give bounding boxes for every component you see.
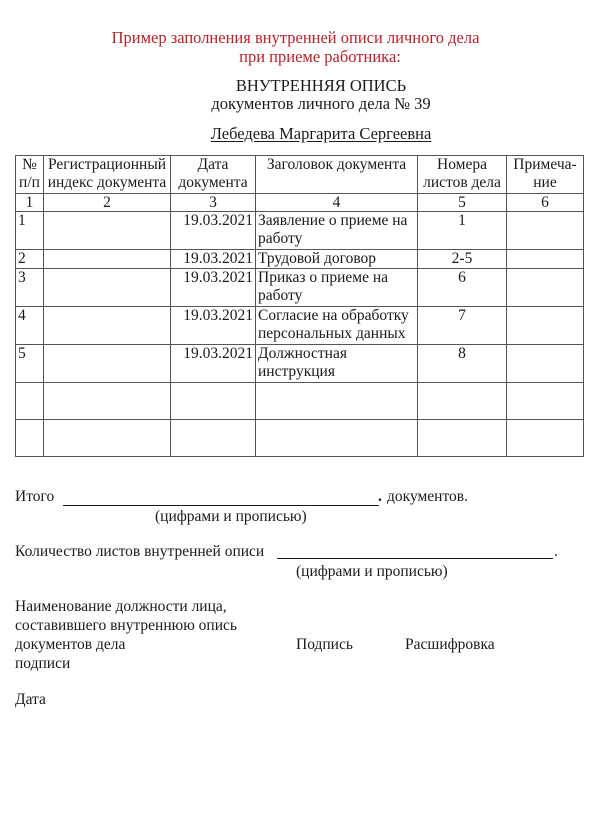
column-number: 4 xyxy=(256,194,418,212)
cell-index xyxy=(44,212,171,250)
cell-note xyxy=(507,307,584,345)
table-row: 3 19.03.2021 Приказ о приеме на работу 6 xyxy=(16,269,584,307)
decoding-label: Расшифровка xyxy=(405,636,495,654)
column-header-index: Регистрационныйиндекс документа xyxy=(44,156,171,194)
total-hint: (цифрами и прописью) xyxy=(155,508,307,526)
cell-date: 19.03.2021 xyxy=(171,307,256,345)
empty-cell xyxy=(256,420,418,457)
cell-index xyxy=(44,307,171,345)
sheets-count-hint: (цифрами и прописью) xyxy=(296,563,448,581)
cell-number: 3 xyxy=(16,269,44,307)
column-number: 6 xyxy=(507,194,584,212)
cell-index xyxy=(44,345,171,383)
cell-date: 19.03.2021 xyxy=(171,212,256,250)
cell-note xyxy=(507,269,584,307)
empty-cell xyxy=(418,383,507,420)
total-dot: . xyxy=(378,488,382,506)
table-row: 2 19.03.2021 Трудовой договор 2-5 xyxy=(16,250,584,269)
table-row: 1 19.03.2021 Заявление о приеме на работ… xyxy=(16,212,584,250)
cell-note xyxy=(507,212,584,250)
sheets-count-dot: . xyxy=(554,543,558,561)
cell-date: 19.03.2021 xyxy=(171,269,256,307)
cell-title: Трудовой договор xyxy=(256,250,418,269)
example-caption-line1: Пример заполнения внутренней описи лично… xyxy=(0,28,591,48)
inventory-table: №п/п Регистрационныйиндекс документа Дат… xyxy=(15,155,584,457)
cell-sheets: 6 xyxy=(418,269,507,307)
column-header-title: Заголовок документа xyxy=(256,156,418,194)
column-header-note: Примеча-ние xyxy=(507,156,584,194)
total-suffix: документов. xyxy=(387,488,468,506)
employee-name-text: Лебедева Маргарита Сергеевна xyxy=(211,124,432,143)
column-header-sheets: Номералистов дела xyxy=(418,156,507,194)
example-caption-line2: при приеме работника: xyxy=(0,47,591,67)
cell-index xyxy=(44,269,171,307)
employee-name: Лебедева Маргарита Сергеевна xyxy=(0,124,591,144)
empty-cell xyxy=(256,383,418,420)
position-label-line4: подписи xyxy=(15,655,70,673)
column-header-number: №п/п xyxy=(16,156,44,194)
table-row: 4 19.03.2021 Согласие на обработку персо… xyxy=(16,307,584,345)
cell-note xyxy=(507,345,584,383)
cell-title: Приказ о приеме на работу xyxy=(256,269,418,307)
cell-title: Согласие на обработку персональных данны… xyxy=(256,307,418,345)
cell-number: 1 xyxy=(16,212,44,250)
cell-date: 19.03.2021 xyxy=(171,345,256,383)
cell-title: Должностная инструкция xyxy=(256,345,418,383)
cell-note xyxy=(507,250,584,269)
cell-index xyxy=(44,250,171,269)
cell-date: 19.03.2021 xyxy=(171,250,256,269)
sheets-count-label: Количество листов внутренней описи xyxy=(15,543,264,561)
empty-cell xyxy=(16,420,44,457)
column-number: 3 xyxy=(171,194,256,212)
signature-label: Подпись xyxy=(296,636,353,654)
empty-cell xyxy=(507,383,584,420)
position-label-line3: документов дела xyxy=(15,636,125,654)
table-row-empty xyxy=(16,383,584,420)
column-header-date: Датадокумента xyxy=(171,156,256,194)
total-label: Итого xyxy=(15,488,54,506)
column-number: 1 xyxy=(16,194,44,212)
cell-sheets: 2-5 xyxy=(418,250,507,269)
position-label-line1: Наименование должности лица, xyxy=(15,598,227,616)
sheets-count-blank-line[interactable] xyxy=(277,558,553,559)
position-label-line2: составившего внутреннюю опись xyxy=(15,617,237,635)
document-subtitle: документов личного дела № 39 xyxy=(0,94,591,114)
total-blank-line[interactable] xyxy=(63,505,379,506)
column-number: 5 xyxy=(418,194,507,212)
cell-number: 4 xyxy=(16,307,44,345)
cell-number: 5 xyxy=(16,345,44,383)
empty-cell xyxy=(44,420,171,457)
column-number-row: 1 2 3 4 5 6 xyxy=(16,194,584,212)
empty-cell xyxy=(171,383,256,420)
cell-sheets: 7 xyxy=(418,307,507,345)
empty-cell xyxy=(507,420,584,457)
empty-cell xyxy=(16,383,44,420)
cell-sheets: 8 xyxy=(418,345,507,383)
date-label: Дата xyxy=(15,691,46,709)
cell-number: 2 xyxy=(16,250,44,269)
table-header-row: №п/п Регистрационныйиндекс документа Дат… xyxy=(16,156,584,194)
table-row: 5 19.03.2021 Должностная инструкция 8 xyxy=(16,345,584,383)
empty-cell xyxy=(44,383,171,420)
table-row-empty xyxy=(16,420,584,457)
cell-sheets: 1 xyxy=(418,212,507,250)
document-title: ВНУТРЕННЯЯ ОПИСЬ xyxy=(0,76,591,96)
empty-cell xyxy=(418,420,507,457)
column-number: 2 xyxy=(44,194,171,212)
cell-title: Заявление о приеме на работу xyxy=(256,212,418,250)
empty-cell xyxy=(171,420,256,457)
